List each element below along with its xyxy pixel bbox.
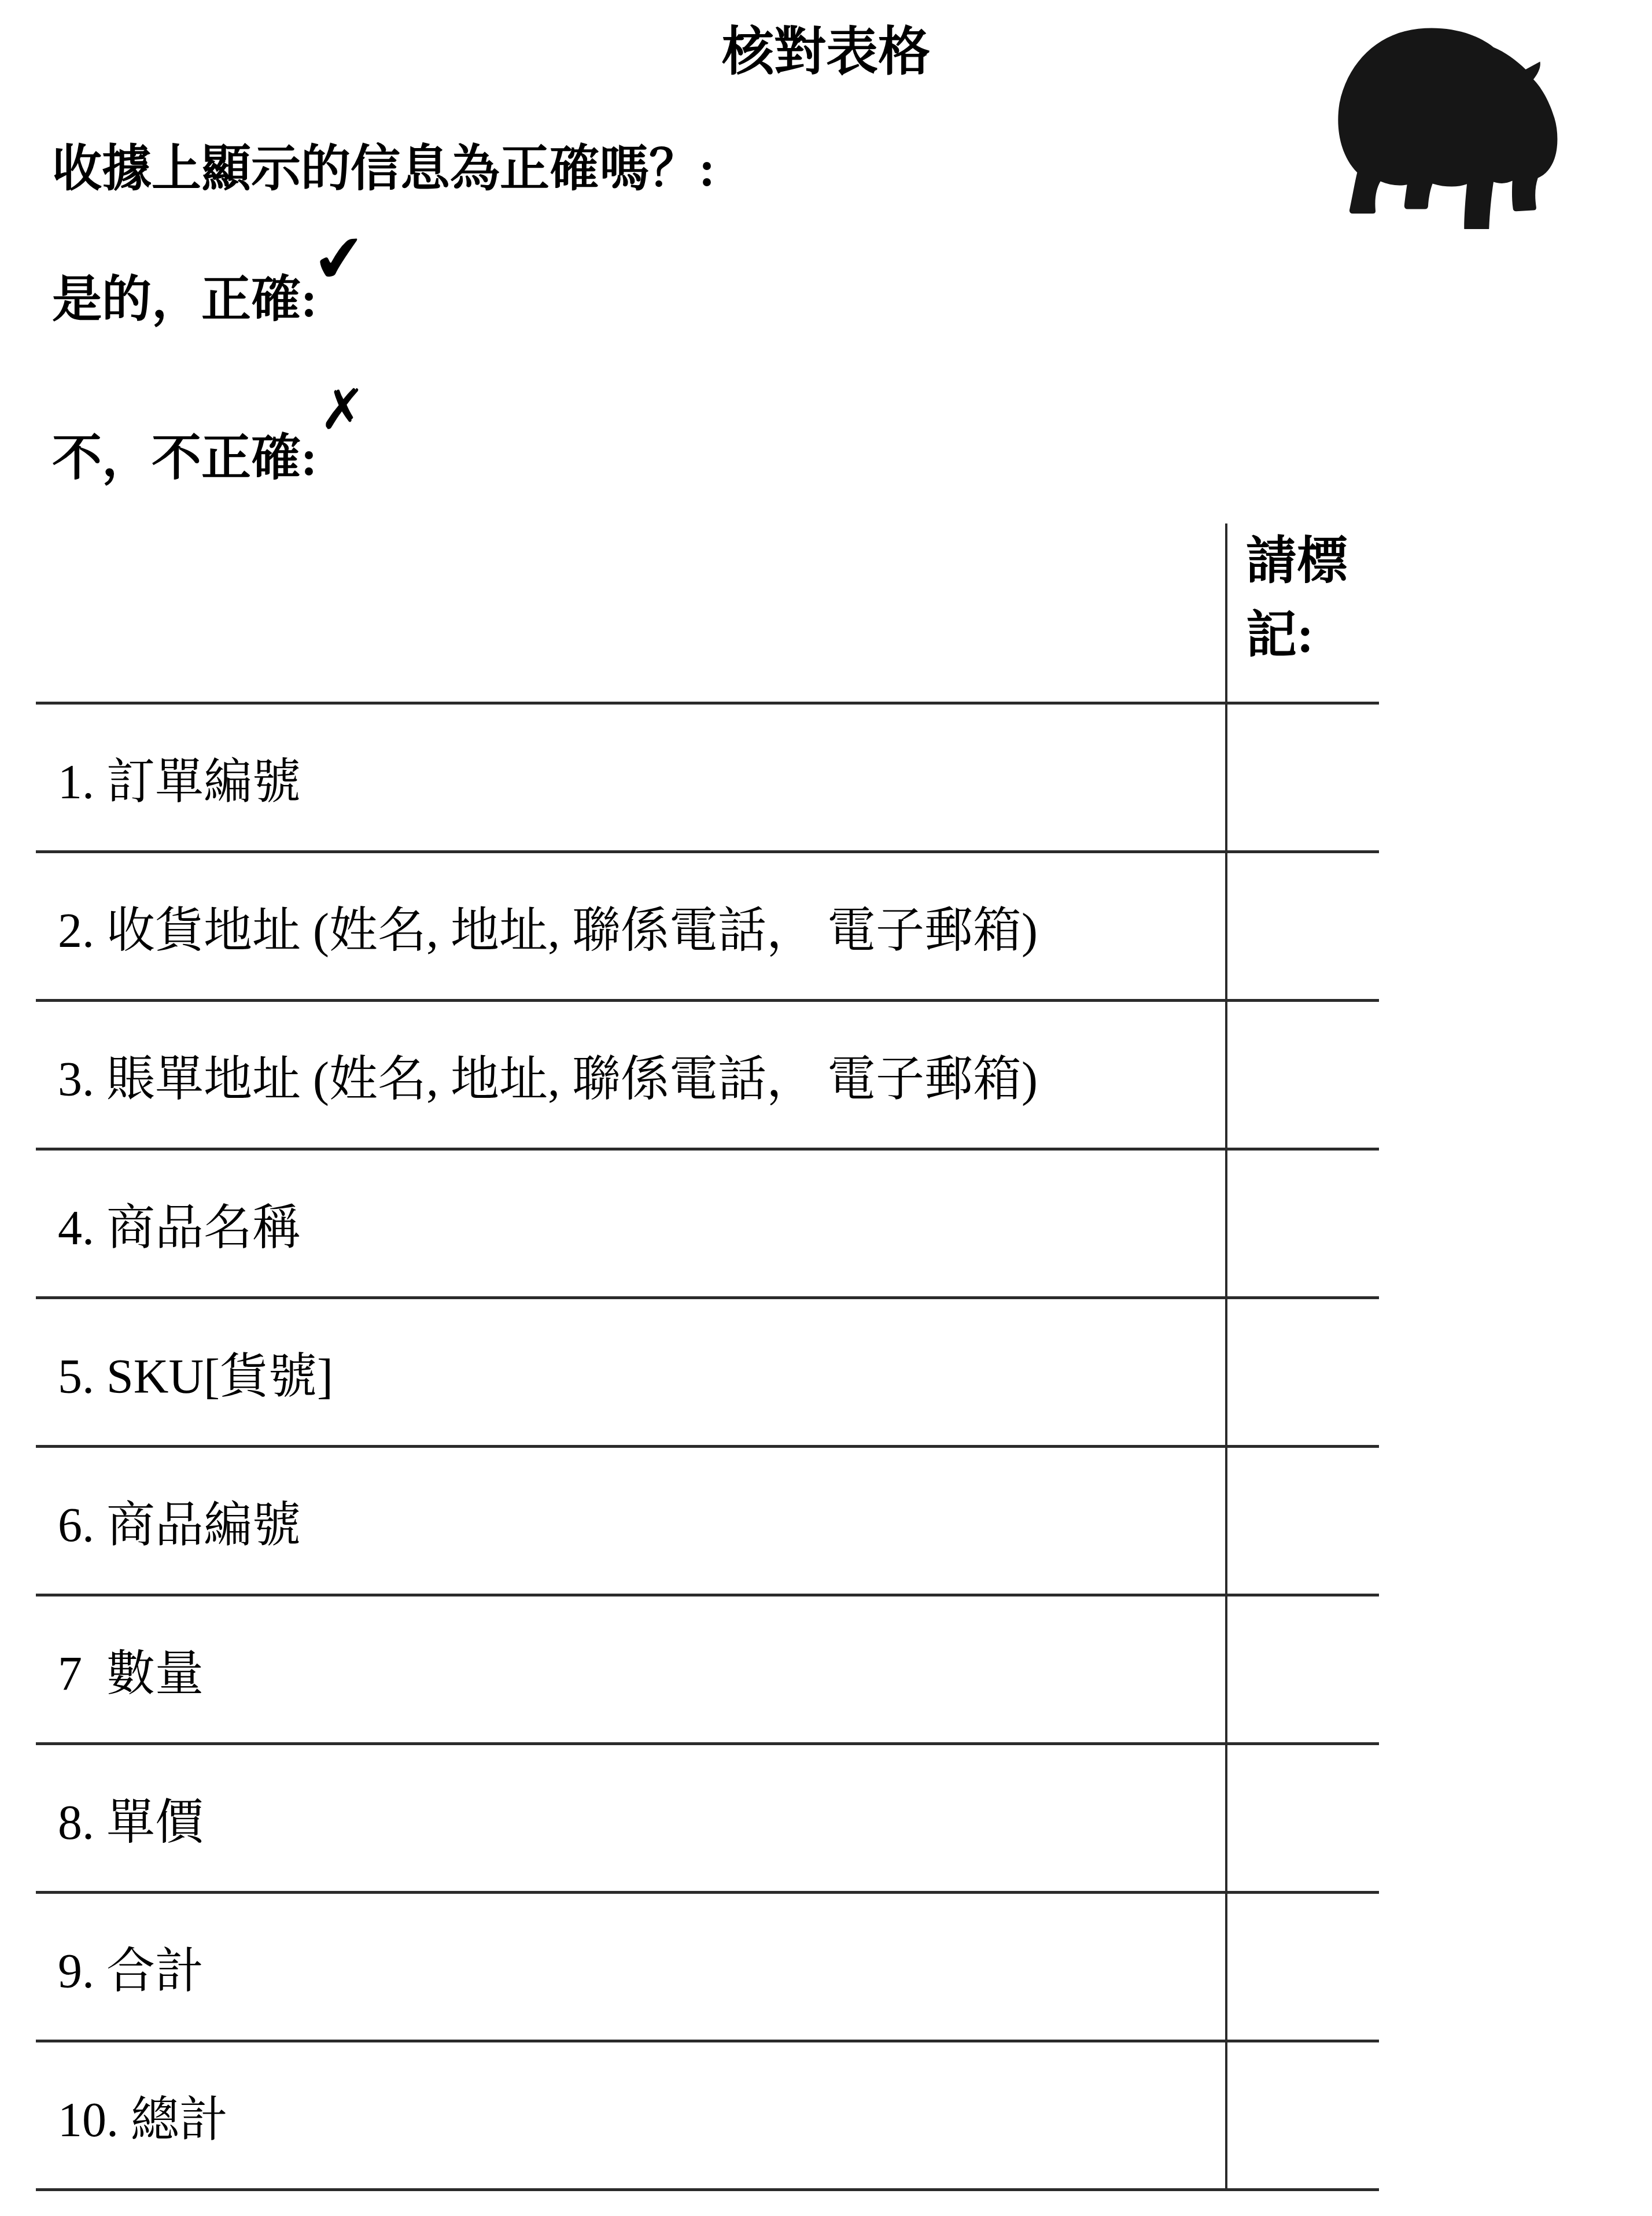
table-row: 7 數量 — [36, 1596, 1379, 1745]
mark-cell[interactable] — [1227, 1299, 1379, 1445]
table-row: 5. SKU[貨號] — [36, 1299, 1379, 1448]
mark-cell[interactable] — [1227, 1596, 1379, 1742]
mark-cell[interactable] — [1227, 1002, 1379, 1148]
row-label: 7 數量 — [36, 1635, 1225, 1705]
no-incorrect-label: 不，不正確: — [52, 418, 318, 489]
mark-cell[interactable] — [1227, 705, 1379, 850]
table-row: 3. 賬單地址 (姓名, 地址, 聯係電話， 電子郵箱) — [36, 1002, 1379, 1151]
table-row: 6. 商品編號 — [36, 1448, 1379, 1596]
row-label: 10. 總計 — [36, 2081, 1225, 2151]
mark-cell[interactable] — [1227, 2042, 1379, 2188]
table-row: 8. 單價 — [36, 1745, 1379, 1894]
table-row: 1. 訂單編號 — [36, 705, 1379, 853]
mark-cell[interactable] — [1227, 1894, 1379, 2040]
mark-column-divider — [1225, 523, 1227, 2191]
row-label: 5. SKU[貨號] — [36, 1337, 1225, 1407]
yes-correct-label: 是的，正確: — [52, 259, 318, 331]
checklist-document: 核對表格 收據上顯示的信息為正確嗎？: 是的，正確: ✔ 不，不正確: ✗ 請標… — [0, 0, 1652, 2216]
checklist-table: 請標記: 1. 訂單編號 2. 收貨地址 (姓名, 地址, 聯係電話， 電子郵箱… — [36, 523, 1379, 2191]
table-header-row: 請標記: — [36, 523, 1379, 705]
x-mark-icon: ✗ — [319, 382, 366, 437]
row-label: 1. 訂單編號 — [36, 743, 1225, 813]
table-row: 9. 合計 — [36, 1894, 1379, 2042]
mark-cell[interactable] — [1227, 1745, 1379, 1891]
table-rows: 1. 訂單編號 2. 收貨地址 (姓名, 地址, 聯係電話， 電子郵箱) 3. … — [36, 705, 1379, 2191]
table-row: 2. 收貨地址 (姓名, 地址, 聯係電話， 電子郵箱) — [36, 853, 1379, 1002]
question-text: 收據上顯示的信息為正確嗎？: — [52, 128, 716, 200]
mark-cell[interactable] — [1227, 1151, 1379, 1296]
hippo-logo-icon — [1322, 16, 1560, 229]
row-label: 3. 賬單地址 (姓名, 地址, 聯係電話， 電子郵箱) — [36, 1040, 1225, 1110]
row-label: 2. 收貨地址 (姓名, 地址, 聯係電話， 電子郵箱) — [36, 891, 1225, 961]
mark-column-header: 請標記: — [1246, 525, 1373, 672]
row-label: 9. 合計 — [36, 1932, 1225, 2002]
mark-cell[interactable] — [1227, 1448, 1379, 1594]
check-icon: ✔ — [309, 224, 370, 294]
mark-cell[interactable] — [1227, 853, 1379, 999]
row-label: 8. 單價 — [36, 1783, 1225, 1853]
table-row: 4. 商品名稱 — [36, 1151, 1379, 1299]
row-label: 4. 商品名稱 — [36, 1189, 1225, 1259]
table-row: 10. 總計 — [36, 2042, 1379, 2191]
row-label: 6. 商品編號 — [36, 1486, 1225, 1556]
